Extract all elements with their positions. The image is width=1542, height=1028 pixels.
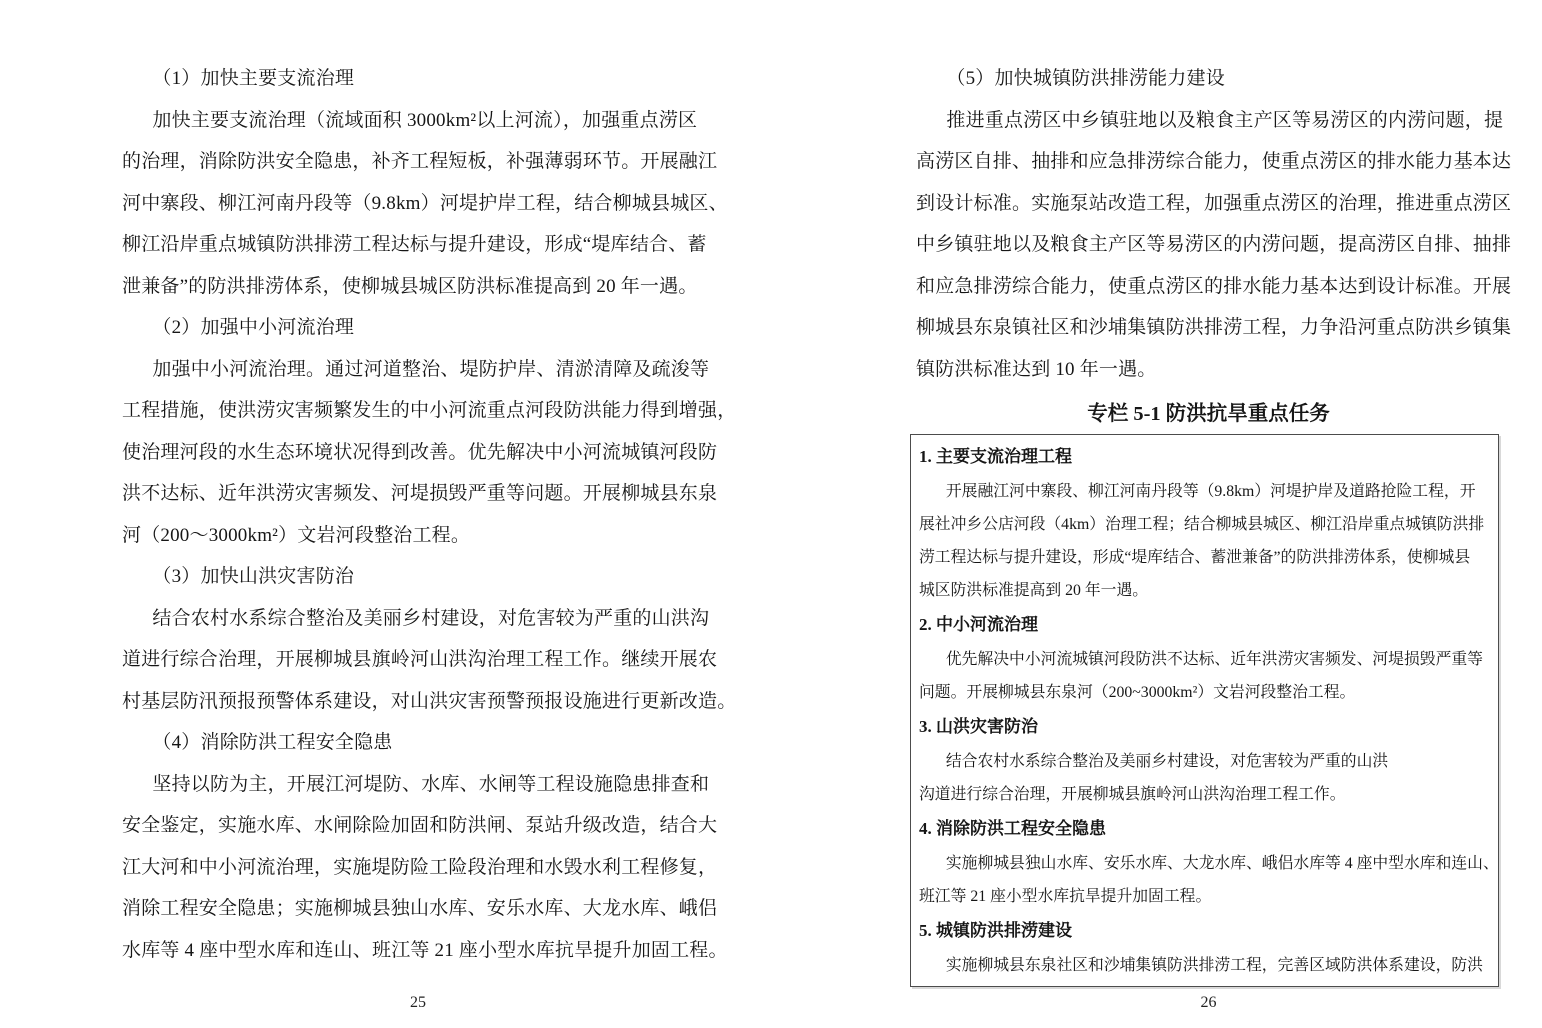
box-text-line: 结合农村水系综合整治及美丽乡村建设，对危害较为严重的山洪 (919, 745, 1490, 778)
text-line: 河中寨段、柳江河南丹段等（9.8km）河堤护岸工程，结合柳城县城区、 (122, 183, 714, 225)
box-item-heading: 5. 城镇防洪排涝建设 (919, 913, 1490, 949)
box-text-line: 涝工程达标与提升建设，形成“堤库结合、蓄泄兼备”的防洪排涝体系，使柳城县 (919, 541, 1490, 574)
section-heading: （5）加快城镇防洪排涝能力建设 (916, 58, 1501, 100)
text-line: 水库等 4 座中型水库和连山、班江等 21 座小型水库抗旱提升加固工程。 (122, 930, 714, 972)
box-item-heading: 2. 中小河流治理 (919, 607, 1490, 643)
box-item-heading: 1. 主要支流治理工程 (919, 439, 1490, 475)
section-heading: （3）加快山洪灾害防治 (122, 556, 714, 598)
box-text-line: 实施柳城县独山水库、安乐水库、大龙水库、峨侣水库等 4 座中型水库和连山、 (919, 847, 1490, 880)
highlight-box: 1. 主要支流治理工程开展融江河中寨段、柳江河南丹段等（9.8km）河堤护岸及道… (910, 434, 1499, 987)
box-text-line: 实施柳城县东泉社区和沙埔集镇防洪排涝工程，完善区域防洪体系建设，防洪 (919, 949, 1490, 982)
text-line: 坚持以防为主，开展江河堤防、水库、水闸等工程设施隐患排查和 (122, 764, 714, 806)
text-line: 江大河和中小河流治理，实施堤防险工险段治理和水毁水利工程修复， (122, 847, 714, 889)
text-line: 柳城县东泉镇社区和沙埔集镇防洪排涝工程，力争沿河重点防洪乡镇集 (916, 307, 1501, 349)
text-line: 镇防洪标准达到 10 年一遇。 (916, 349, 1501, 391)
text-line: 结合农村水系综合整治及美丽乡村建设，对危害较为严重的山洪沟 (122, 598, 714, 640)
box-item-heading: 4. 消除防洪工程安全隐患 (919, 811, 1490, 847)
section-heading: （2）加强中小河流治理 (122, 307, 714, 349)
text-line: 道进行综合治理，开展柳城县旗岭河山洪沟治理工程工作。继续开展农 (122, 639, 714, 681)
box-title: 专栏 5-1 防洪抗旱重点任务 (916, 400, 1501, 428)
section-heading: （4）消除防洪工程安全隐患 (122, 722, 714, 764)
text-line: 柳江沿岸重点城镇防洪排涝工程达标与提升建设，形成“堤库结合、蓄 (122, 224, 714, 266)
box-text-line: 开展融江河中寨段、柳江河南丹段等（9.8km）河堤护岸及道路抢险工程，开 (919, 475, 1490, 508)
box-text-line: 展社冲乡公店河段（4km）治理工程；结合柳城县城区、柳江沿岸重点城镇防洪排 (919, 508, 1490, 541)
text-line: 安全鉴定，实施水库、水闸除险加固和防洪闸、泵站升级改造，结合大 (122, 805, 714, 847)
page-number-left: 25 (122, 994, 714, 1012)
text-line: 中乡镇驻地以及粮食主产区等易涝区的内涝问题，提高涝区自排、抽排 (916, 224, 1501, 266)
text-line: 高涝区自排、抽排和应急排涝综合能力，使重点涝区的排水能力基本达 (916, 141, 1501, 183)
box-text-line: 优先解决中小河流城镇河段防洪不达标、近年洪涝灾害频发、河堤损毁严重等 (919, 643, 1490, 676)
text-line: 加快主要支流治理（流域面积 3000km²以上河流），加强重点涝区 (122, 100, 714, 142)
page-left-content: （1）加快主要支流治理加快主要支流治理（流域面积 3000km²以上河流），加强… (122, 58, 714, 971)
text-line: 消除工程安全隐患；实施柳城县独山水库、安乐水库、大龙水库、峨侣 (122, 888, 714, 930)
page-number-right: 26 (916, 994, 1501, 1012)
page-right: （5）加快城镇防洪排涝能力建设推进重点涝区中乡镇驻地以及粮食主产区等易涝区的内涝… (771, 0, 1542, 1028)
text-line: 使治理河段的水生态环境状况得到改善。优先解决中小河流城镇河段防 (122, 432, 714, 474)
text-line: 到设计标准。实施泵站改造工程，加强重点涝区的治理，推进重点涝区 (916, 183, 1501, 225)
page-right-content: （5）加快城镇防洪排涝能力建设推进重点涝区中乡镇驻地以及粮食主产区等易涝区的内涝… (916, 58, 1501, 987)
box-text-line: 城区防洪标准提高到 20 年一遇。 (919, 574, 1490, 607)
page-left: （1）加快主要支流治理加快主要支流治理（流域面积 3000km²以上河流），加强… (0, 0, 771, 1028)
text-line: 加强中小河流治理。通过河道整治、堤防护岸、清淤清障及疏浚等 (122, 349, 714, 391)
text-line: 洪不达标、近年洪涝灾害频发、河堤损毁严重等问题。开展柳城县东泉 (122, 473, 714, 515)
box-item-heading: 3. 山洪灾害防治 (919, 709, 1490, 745)
text-line: 推进重点涝区中乡镇驻地以及粮食主产区等易涝区的内涝问题，提 (916, 100, 1501, 142)
box-text-line: 班江等 21 座小型水库抗旱提升加固工程。 (919, 880, 1490, 913)
text-line: 的治理，消除防洪安全隐患，补齐工程短板，补强薄弱环节。开展融江 (122, 141, 714, 183)
document-spread: （1）加快主要支流治理加快主要支流治理（流域面积 3000km²以上河流），加强… (0, 0, 1542, 1028)
text-line: 村基层防汛预报预警体系建设，对山洪灾害预警预报设施进行更新改造。 (122, 681, 714, 723)
section-heading: （1）加快主要支流治理 (122, 58, 714, 100)
box-text-line: 问题。开展柳城县东泉河（200~3000km²）文岩河段整治工程。 (919, 676, 1490, 709)
text-line: 河（200～3000km²）文岩河段整治工程。 (122, 515, 714, 557)
text-line: 和应急排涝综合能力，使重点涝区的排水能力基本达到设计标准。开展 (916, 266, 1501, 308)
box-text-line: 沟道进行综合治理，开展柳城县旗岭河山洪沟治理工程工作。 (919, 778, 1490, 811)
text-line: 泄兼备”的防洪排涝体系，使柳城县城区防洪标准提高到 20 年一遇。 (122, 266, 714, 308)
text-line: 工程措施，使洪涝灾害频繁发生的中小河流重点河段防洪能力得到增强， (122, 390, 714, 432)
